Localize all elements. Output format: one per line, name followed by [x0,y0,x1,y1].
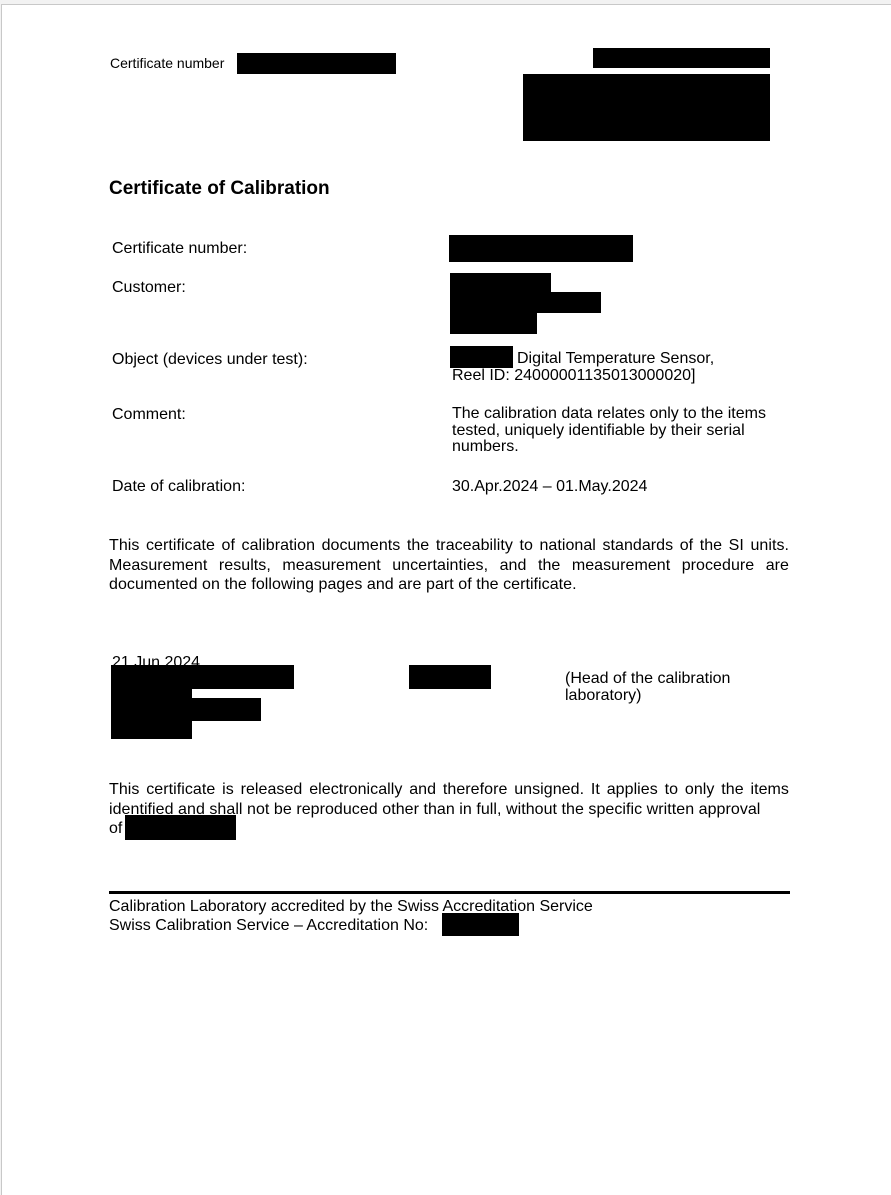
signer-role-line-2: laboratory) [565,687,730,704]
footer-accreditation-line: Calibration Laboratory accredited by the… [109,897,593,916]
traceability-paragraph: This certificate of calibration document… [109,536,789,595]
certificate-page: Certificate number Certificate of Calibr… [1,4,891,1195]
field-label-certificate-number: Certificate number: [112,240,247,257]
redacted-customer-line-3 [450,313,537,334]
redacted-approving-organization [125,815,236,840]
field-label-customer: Customer: [112,279,186,296]
redacted-issuer-name [593,48,770,68]
footer-accreditation-number-line: Swiss Calibration Service – Accreditatio… [109,916,593,935]
redacted-signer-right-name [409,665,491,689]
release-paragraph-main: This certificate is released electronica… [109,781,789,818]
redacted-header-certificate-number [237,53,396,74]
header-certificate-number-label-text: Certificate number [110,55,224,72]
signer-role-line-1: (Head of the calibration [565,670,730,687]
redacted-issuer-logo-address [523,74,770,141]
field-label-comment: Comment: [112,406,186,423]
redacted-signer-left-title-2 [111,698,261,721]
field-value-comment: The calibration data relates only to the… [452,406,787,456]
signer-role: (Head of the calibration laboratory) [565,670,730,704]
release-paragraph: This certificate is released electronica… [109,780,789,819]
redacted-customer-line-2 [450,292,601,313]
field-label-date-of-calibration: Date of calibration: [112,478,245,495]
page-title: Certificate of Calibration [109,178,330,200]
redacted-customer-line-1 [450,273,551,293]
redacted-certificate-number [449,235,633,262]
footer: Calibration Laboratory accredited by the… [109,897,593,935]
release-paragraph-tail: of [109,820,122,837]
object-line-2: Reel ID: 24000001135013000020] [452,368,792,385]
footer-divider [109,891,790,894]
field-value-date-of-calibration: 30.Apr.2024 – 01.May.2024 [452,478,647,495]
field-label-object: Object (devices under test): [112,351,308,368]
redacted-accreditation-number [442,913,519,936]
redacted-object-manufacturer [450,346,513,368]
redacted-signer-left-name [111,665,294,689]
